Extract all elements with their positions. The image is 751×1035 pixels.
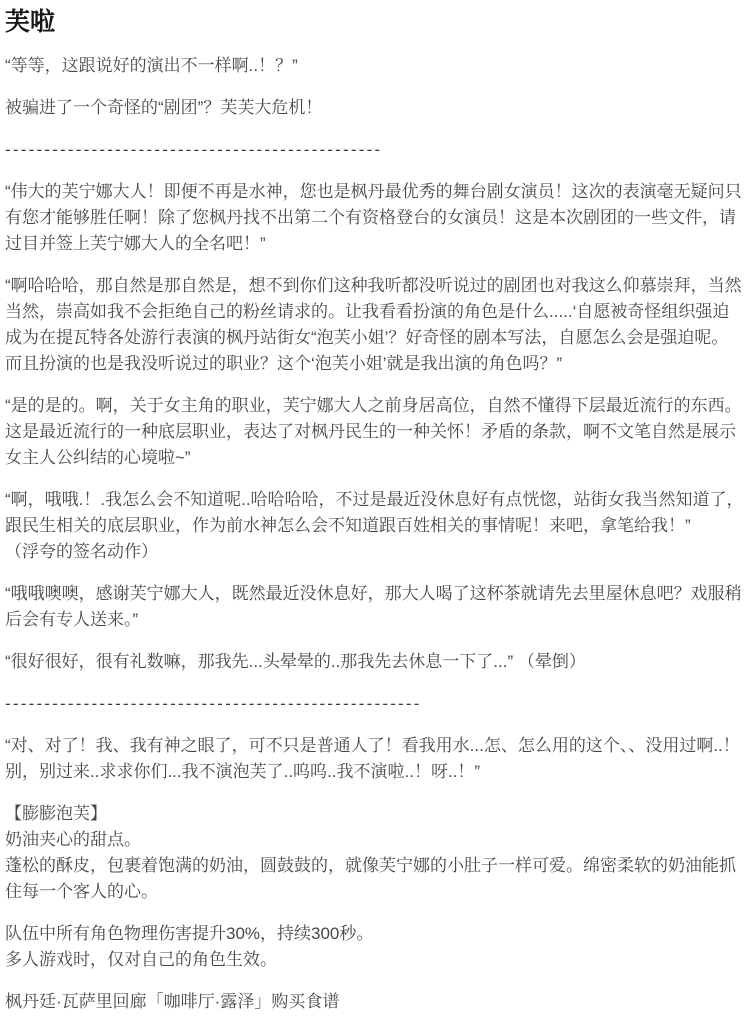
paragraph: 枫丹廷·瓦萨里回廊「咖啡厅·露泽」购买食谱 [5,989,745,1015]
divider-line: ----------------------------------------… [5,137,745,163]
article: 芙啦 “等等，这跟说好的演出不一样啊..！？”被骗进了一个奇怪的“剧团”？芙芙大… [0,0,751,1035]
paragraph: “对、对了！我、我有神之眼了，可不只是普通人了！看我用水...怎、怎么用的这个、… [5,733,745,785]
paragraph: “啊哈哈哈，那自然是那自然是，想不到你们这种我听都没听说过的剧团也对我这么仰慕崇… [5,273,745,377]
paragraph: 队伍中所有角色物理伤害提升30%，持续300秒。多人游戏时，仅对自己的角色生效。 [5,921,745,973]
paragraph: 被骗进了一个奇怪的“剧团”？芙芙大危机！ [5,95,745,121]
paragraph: “等等，这跟说好的演出不一样啊..！？” [5,53,745,79]
paragraph: “哦哦噢噢，感谢芙宁娜大人，既然最近没休息好，那大人喝了这杯茶就请先去里屋休息吧… [5,581,745,633]
paragraph: “伟大的芙宁娜大人！即便不再是水神，您也是枫丹最优秀的舞台剧女演员！这次的表演毫… [5,179,745,257]
paragraph: “是的是的。啊，关于女主角的职业，芙宁娜大人之前身居高位，自然不懂得下层最近流行… [5,393,745,471]
page-title: 芙啦 [5,7,745,37]
paragraph: 【膨膨泡芙】奶油夹心的甜点。蓬松的酥皮，包裹着饱满的奶油，圆鼓鼓的，就像芙宁娜的… [5,801,745,905]
paragraph: “很好很好，很有礼数嘛，那我先...头晕晕的..那我先去休息一下了...” （晕… [5,649,745,675]
divider-line: ----------------------------------------… [5,691,745,717]
paragraph: “啊，哦哦.！.我怎么会不知道呢..哈哈哈哈，不过是最近没休息好有点恍惚，站街女… [5,487,745,565]
article-blocks: “等等，这跟说好的演出不一样啊..！？”被骗进了一个奇怪的“剧团”？芙芙大危机！… [5,53,745,1015]
